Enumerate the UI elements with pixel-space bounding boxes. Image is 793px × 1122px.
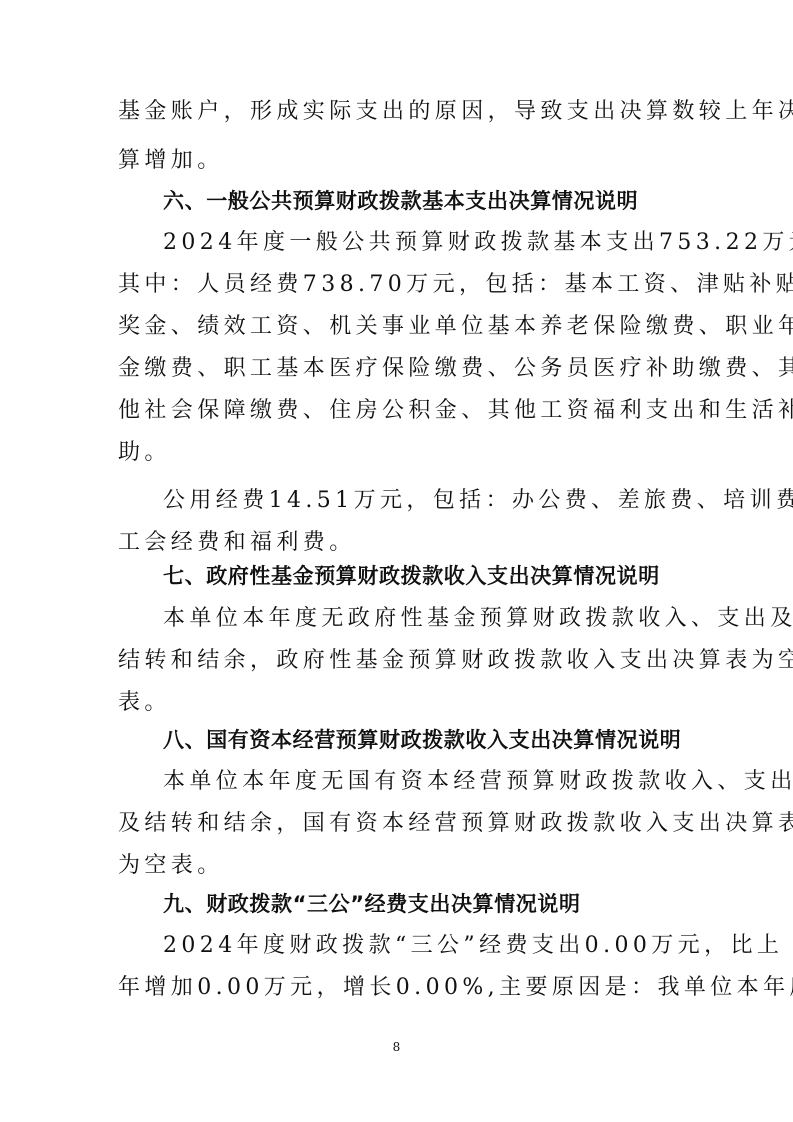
- body-text-line: 金缴费、职工基本医疗保险缴费、公务员医疗补助缴费、其: [118, 354, 678, 384]
- body-text-line: 2024年度一般公共预算财政拨款基本支出753.22万元，: [163, 228, 678, 258]
- body-text-line: 他社会保障缴费、住房公积金、其他工资福利支出和生活补: [118, 396, 678, 426]
- section-heading-6: 六、一般公共预算财政拨款基本支出决算情况说明: [163, 186, 638, 216]
- body-text-line: 年增加0.00万元，增长0.00%,主要原因是：我单位本年度: [118, 973, 678, 1003]
- page-number: 8: [0, 1040, 793, 1054]
- body-text-line: 算增加。: [118, 146, 678, 176]
- body-text-line: 工会经费和福利费。: [118, 528, 678, 558]
- body-text-line: 表。: [118, 688, 678, 718]
- body-text-line: 本单位本年度无政府性基金预算财政拨款收入、支出及: [163, 604, 678, 634]
- body-text-line: 本单位本年度无国有资本经营预算财政拨款收入、支出: [163, 767, 678, 797]
- section-heading-9: 九、财政拨款“三公”经费支出决算情况说明: [163, 889, 581, 919]
- body-text-line: 公用经费14.51万元，包括：办公费、差旅费、培训费、: [163, 486, 678, 516]
- body-text-line: 结转和结余，政府性基金预算财政拨款收入支出决算表为空: [118, 646, 678, 676]
- body-text-line: 为空表。: [118, 851, 678, 881]
- body-text-line: 2024年度财政拨款“三公”经费支出0.00万元，比上: [163, 931, 678, 961]
- section-heading-8: 八、国有资本经营预算财政拨款收入支出决算情况说明: [163, 725, 681, 755]
- body-text-line: 其中：人员经费738.70万元，包括：基本工资、津贴补贴、: [118, 270, 678, 300]
- document-page: 基金账户，形成实际支出的原因，导致支出决算数较上年决 算增加。 六、一般公共预算…: [0, 0, 793, 1122]
- body-text-line: 基金账户，形成实际支出的原因，导致支出决算数较上年决: [118, 97, 678, 127]
- body-text-line: 助。: [118, 438, 678, 468]
- body-text-line: 及结转和结余，国有资本经营预算财政拨款收入支出决算表: [118, 809, 678, 839]
- section-heading-7: 七、政府性基金预算财政拨款收入支出决算情况说明: [163, 561, 660, 591]
- body-text-line: 奖金、绩效工资、机关事业单位基本养老保险缴费、职业年: [118, 312, 678, 342]
